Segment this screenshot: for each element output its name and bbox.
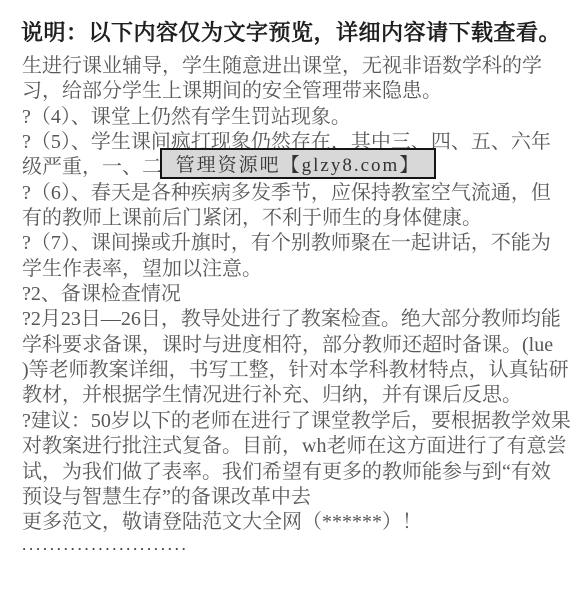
doc-line: ?2月23日—26日，教导处进行了教案检查。绝大部分教师均能 xyxy=(22,307,570,332)
dotted-separator-line: ························ xyxy=(22,536,570,561)
doc-line: ?2、备课检查情况 xyxy=(22,282,570,307)
doc-line: 生进行课业辅导，学生随意进出课堂，无视非语数学科的学 xyxy=(22,54,570,79)
doc-line: )等老师教案详细，书写工整，针对本学科教材特点，认真钻研 xyxy=(22,358,570,383)
document-text-preview: 生进行课业辅导，学生随意进出课堂，无视非语数学科的学 习，给部分学生上课期间的安… xyxy=(22,54,570,561)
watermark-badge: 管理资源吧【glzy8.com】 xyxy=(160,148,436,179)
doc-line: 更多范文，敬请登陆范文大全网（******）！ xyxy=(22,510,570,535)
doc-line: 预设与智慧生存”的备课改革中去 xyxy=(22,485,570,510)
doc-line: ?（7）、课间操或升旗时，有个别教师聚在一起讲话，不能为 xyxy=(22,231,570,256)
preview-notice-heading: 说明：以下内容仅为文字预览，详细内容请下载查看。 xyxy=(21,16,561,47)
doc-line: 学科要求备课，课时与进度相符，部分教师还超时备课。(lue xyxy=(22,333,570,358)
doc-line: 教材，并根据学生情况进行补充、归纳，并有课后反思。 xyxy=(22,383,570,408)
doc-line: 习，给部分学生上课期间的安全管理带来隐患。 xyxy=(22,79,570,104)
doc-line: ?（4）、课堂上仍然有学生罚站现象。 xyxy=(22,105,570,130)
doc-line: 学生作表率，望加以注意。 xyxy=(22,257,570,282)
doc-line: 试，为我们做了表率。我们希望有更多的教师能参与到“有效 xyxy=(22,460,570,485)
doc-line: 有的教师上课前后门紧闭，不利于师生的身体健康。 xyxy=(22,206,570,231)
doc-line: 对教案进行批注式复备。目前，wh老师在这方面进行了有意尝 xyxy=(22,434,570,459)
doc-line: ?（6）、春天是各种疾病多发季节，应保持教室空气流通，但 xyxy=(22,181,570,206)
doc-line: ?建议：50岁以下的老师在进行了课堂教学后，要根据教学效果 xyxy=(22,409,570,434)
